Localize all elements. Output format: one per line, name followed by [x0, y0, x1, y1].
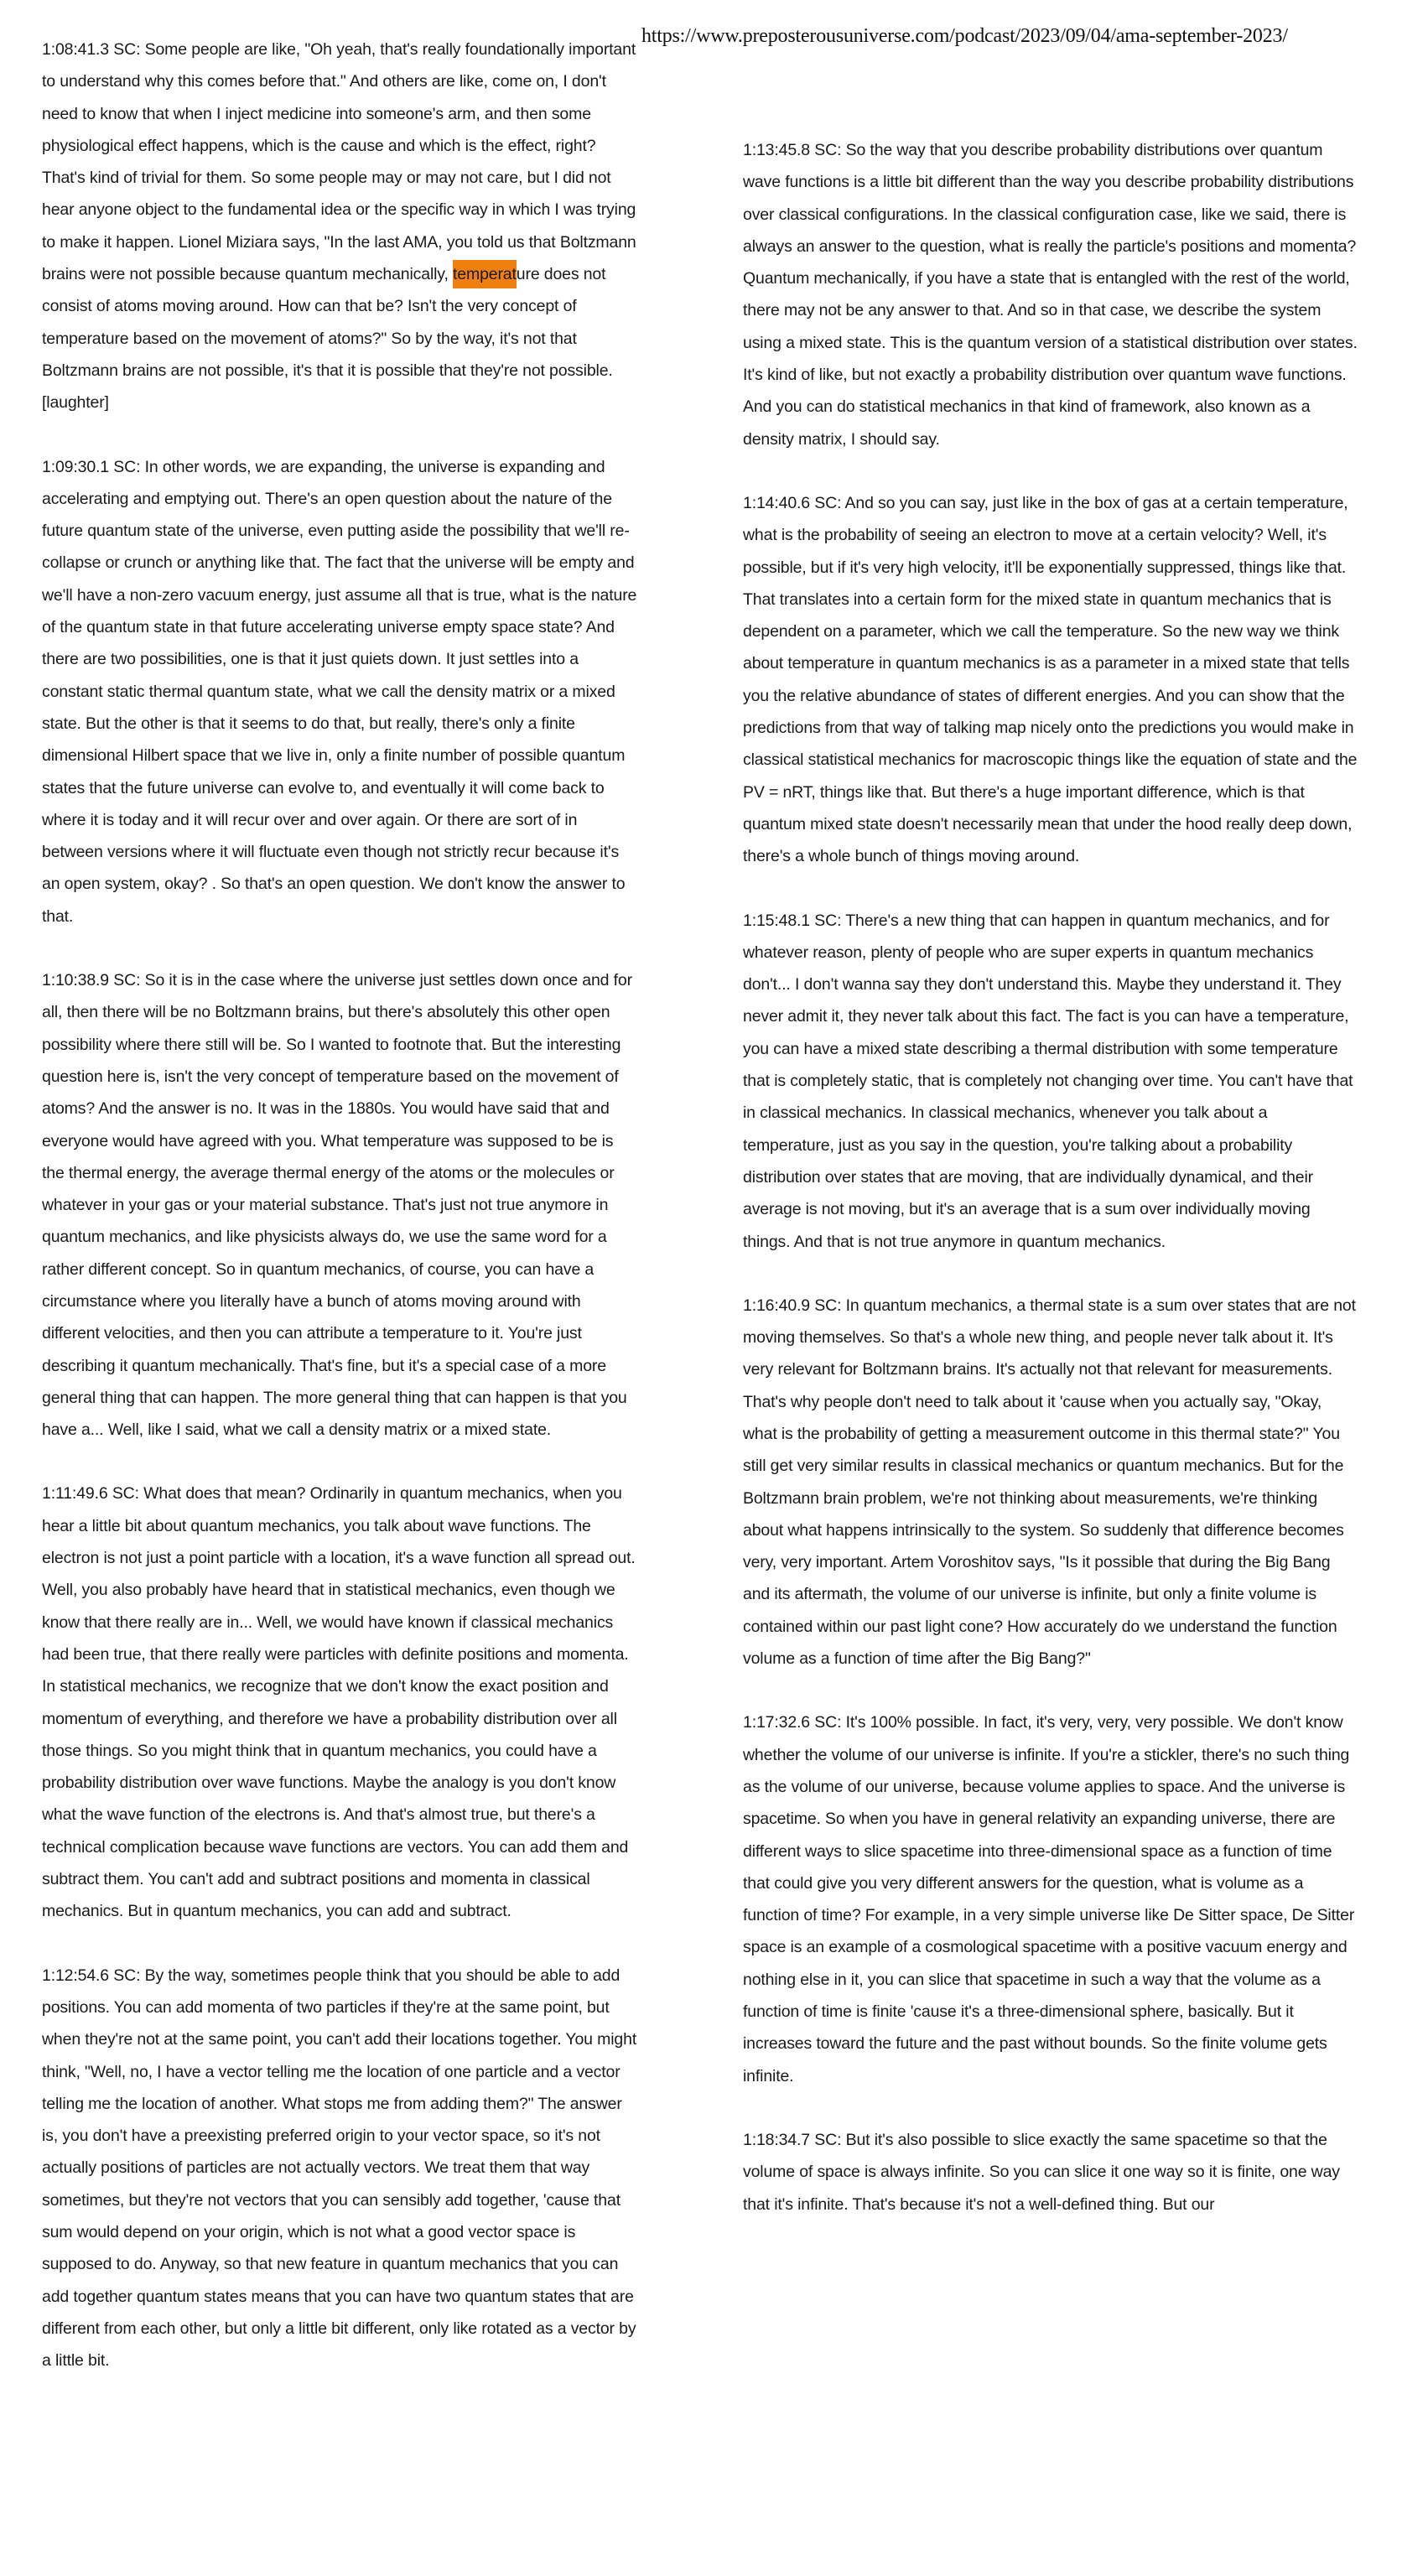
speaker: SC — [113, 1966, 136, 1985]
timestamp: 1:09:30.1 — [42, 458, 109, 476]
timestamp: 1:13:45.8 — [743, 141, 810, 159]
transcript-paragraph: 1:11:49.6 SC: What does that mean? Ordin… — [42, 1478, 639, 1927]
transcript-paragraph: 1:16:40.9 SC: In quantum mechanics, a th… — [743, 1290, 1358, 1675]
paragraph-text: So the way that you describe probability… — [743, 141, 1358, 449]
transcript-paragraph: 1:17:32.6 SC: It's 100% possible. In fac… — [743, 1706, 1358, 2092]
paragraph-text: So it is in the case where the universe … — [42, 971, 632, 1439]
timestamp: 1:18:34.7 — [743, 2131, 810, 2149]
speaker: SC — [113, 458, 136, 476]
timestamp: 1:10:38.9 — [42, 971, 109, 989]
speaker: SC — [814, 911, 837, 930]
speaker: SC — [814, 1296, 837, 1315]
timestamp: 1:15:48.1 — [743, 911, 810, 930]
paragraph-text: It's 100% possible. In fact, it's very, … — [743, 1713, 1354, 2085]
timestamp: 1:12:54.6 — [42, 1966, 109, 1985]
timestamp: 1:14:40.6 — [743, 494, 810, 512]
transcript-column-left: 1:08:41.3 SC: Some people are like, "Oh … — [42, 34, 639, 2408]
speaker: SC — [112, 1484, 135, 1503]
transcript-paragraph: 1:12:54.6 SC: By the way, sometimes peop… — [42, 1960, 639, 2377]
paragraph-text: In quantum mechanics, a thermal state is… — [743, 1296, 1356, 1668]
speaker: SC — [814, 494, 837, 512]
transcript-paragraph: 1:15:48.1 SC: There's a new thing that c… — [743, 905, 1358, 1258]
paragraph-text: What does that mean? Ordinarily in quant… — [42, 1484, 636, 1920]
paragraph-text: There's a new thing that can happen in q… — [743, 911, 1353, 1251]
transcript-paragraph: 1:13:45.8 SC: So the way that you descri… — [743, 134, 1358, 455]
timestamp: 1:16:40.9 — [743, 1296, 810, 1315]
timestamp: 1:08:41.3 — [42, 40, 109, 59]
source-url[interactable]: https://www.preposterousuniverse.com/pod… — [641, 25, 1288, 48]
speaker: SC — [814, 141, 837, 159]
search-highlight: temperat — [453, 260, 517, 288]
transcript-column-right: 1:13:45.8 SC: So the way that you descri… — [743, 134, 1358, 2252]
timestamp: 1:11:49.6 — [42, 1484, 108, 1503]
speaker: SC — [814, 2131, 837, 2149]
paragraph-text: And so you can say, just like in the box… — [743, 494, 1357, 865]
paragraph-text: ure does not consist of atoms moving aro… — [42, 265, 613, 412]
transcript-paragraph: 1:10:38.9 SC: So it is in the case where… — [42, 964, 639, 1446]
paragraph-text: Some people are like, "Oh yeah, that's r… — [42, 40, 636, 283]
transcript-paragraph: 1:09:30.1 SC: In other words, we are exp… — [42, 451, 639, 932]
speaker: SC — [113, 971, 136, 989]
paragraph-text: In other words, we are expanding, the un… — [42, 458, 636, 926]
transcript-paragraph: 1:14:40.6 SC: And so you can say, just l… — [743, 487, 1358, 873]
speaker: SC — [814, 1713, 837, 1732]
transcript-paragraph: 1:18:34.7 SC: But it's also possible to … — [743, 2124, 1358, 2220]
timestamp: 1:17:32.6 — [743, 1713, 810, 1732]
paragraph-text: By the way, sometimes people think that … — [42, 1966, 636, 2371]
transcript-paragraph: 1:08:41.3 SC: Some people are like, "Oh … — [42, 34, 639, 419]
speaker: SC — [113, 40, 136, 59]
